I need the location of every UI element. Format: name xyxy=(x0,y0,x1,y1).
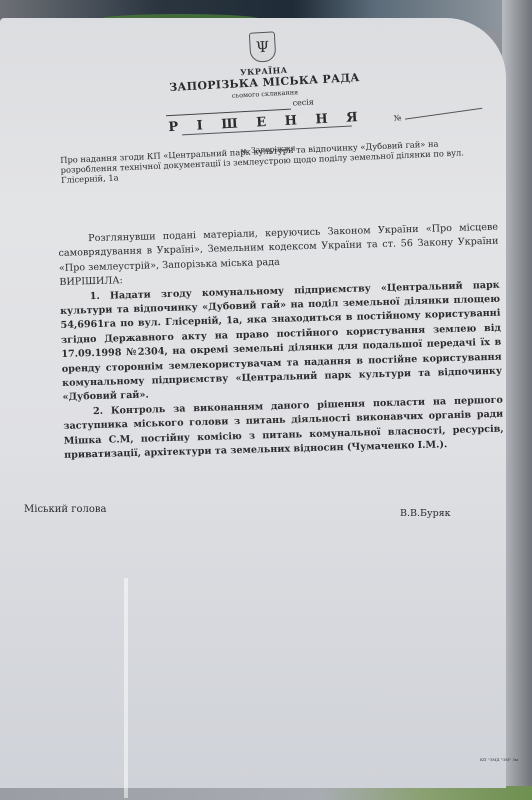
background-right xyxy=(502,0,532,800)
paper-fold xyxy=(124,578,128,798)
number-line xyxy=(405,108,482,120)
resolution-item-1: 1. Надати згоду комунальному підприємств… xyxy=(60,278,503,405)
number-sign: № xyxy=(393,113,402,123)
trident-icon: Ψ xyxy=(249,31,277,62)
item-text: Контроль за виконанням даного рішення по… xyxy=(63,395,504,461)
document-body: Розглянувши подані матеріали, керуючись … xyxy=(58,221,504,464)
footer-code: КП "ЗМД "ЗМ" Зм xyxy=(480,757,518,762)
item-number: 1. xyxy=(90,290,100,301)
item-text: Надати згоду комунальному підприємству «… xyxy=(60,279,502,403)
signatory-name: В.В.Буряк xyxy=(400,508,451,519)
resolution-item-2: 2. Контроль за виконанням даного рішення… xyxy=(63,394,504,464)
document-header: Ψ УКРАЇНА ЗАПОРІЗЬКА МІСЬКА РАДА сьомого… xyxy=(147,26,383,160)
signatory-position: Міський голова xyxy=(24,504,106,515)
session-label: сесія xyxy=(292,97,314,107)
document-page: Ψ УКРАЇНА ЗАПОРІЗЬКА МІСЬКА РАДА сьомого… xyxy=(0,18,506,788)
item-number: 2. xyxy=(93,406,103,417)
background-bottom xyxy=(0,786,532,800)
document-number: № xyxy=(392,94,482,125)
